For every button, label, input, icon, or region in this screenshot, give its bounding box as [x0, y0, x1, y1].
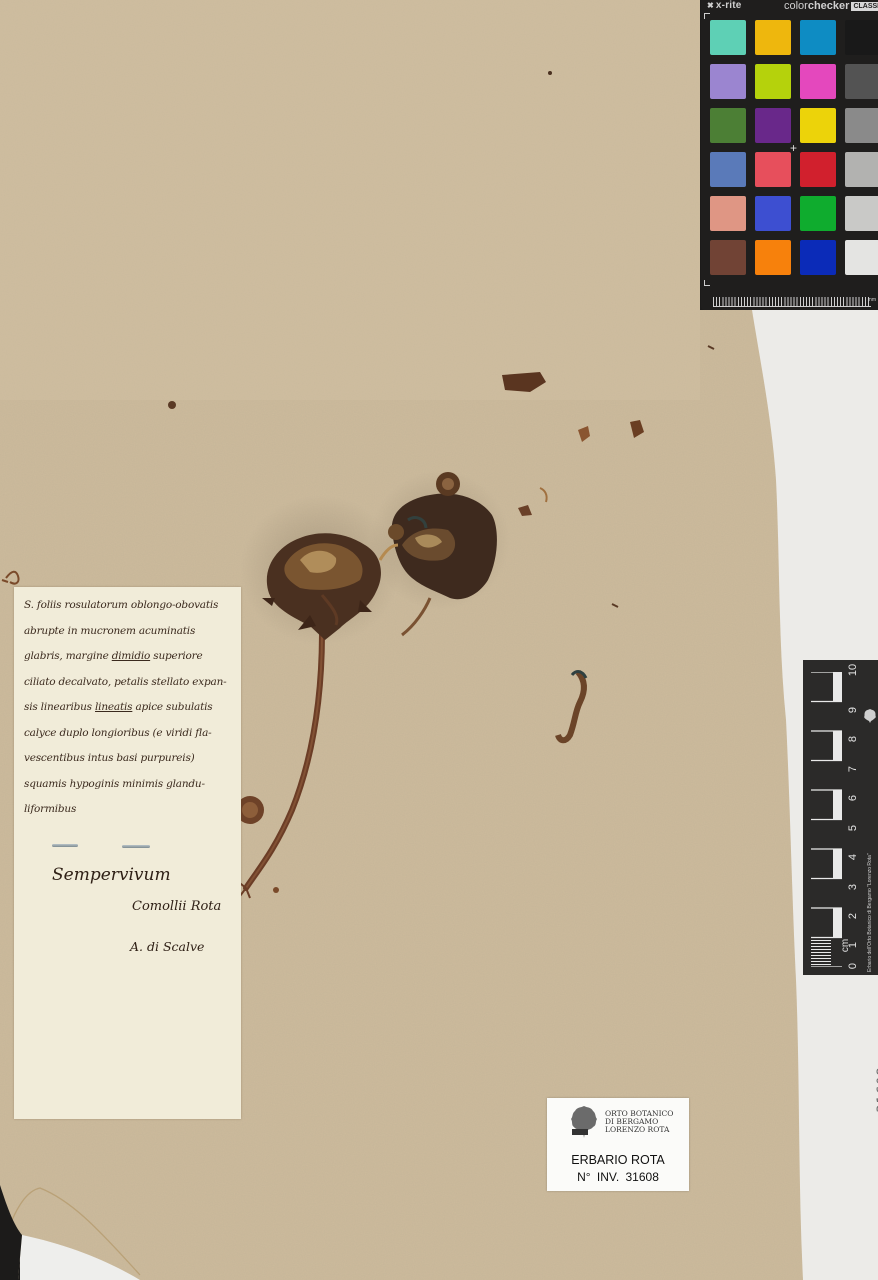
scale-credit-text: Erbario dell'Orto Botanico di Bergamo "L…	[867, 853, 873, 972]
species-name: Sempervivum	[52, 865, 171, 885]
color-patch	[845, 20, 878, 55]
tick-0: 0	[847, 958, 859, 974]
description-line: liformibus	[24, 797, 236, 823]
mm-unit: mm	[868, 297, 876, 303]
color-patch	[710, 240, 746, 275]
description-line: glabris, margine dimidio superiore	[24, 644, 236, 670]
scale-numbers: 10 9 8 7 6 5 4 3 2 1 0	[845, 660, 861, 975]
scale-ruler	[811, 672, 843, 967]
color-patch	[800, 108, 836, 143]
color-patch	[755, 108, 791, 143]
description-line: abrupte in mucronem acuminatis	[24, 619, 236, 645]
institution-name: ORTO BOTANICO DI BERGAMO LORENZO ROTA	[605, 1110, 673, 1135]
description-line: squamis hypoginis minimis glandu-	[24, 772, 236, 798]
corner-mark	[704, 280, 710, 286]
description-line: sis linearibus lineatis apice subulatis	[24, 695, 236, 721]
color-patch	[800, 240, 836, 275]
color-patch	[755, 240, 791, 275]
color-patch	[710, 152, 746, 187]
tick-7: 7	[847, 761, 859, 777]
color-patch	[845, 196, 878, 231]
fragment	[630, 420, 644, 438]
cm-scale-bar: 10 9 8 7 6 5 4 3 2 1 0 cm Erbario dell'O…	[803, 660, 878, 975]
color-patch	[845, 108, 878, 143]
tick-5: 5	[847, 820, 859, 836]
fragment-twig	[558, 672, 584, 740]
color-checker-card: x-rite colorcheckerCLASSIC + mm	[701, 0, 878, 310]
mm-ruler	[713, 297, 871, 307]
color-patch	[800, 64, 836, 99]
handwritten-determination-label: S. foliis rosulatorum oblongo-obovatis a…	[14, 587, 241, 1119]
description-line: ciliato decalvato, petalis stellato expa…	[24, 670, 236, 696]
rosette-right	[380, 472, 497, 635]
color-patch	[710, 64, 746, 99]
tick-3: 3	[847, 879, 859, 895]
fragment	[502, 372, 546, 392]
checker-title: colorcheckerCLASSIC	[784, 0, 878, 12]
color-patch	[755, 152, 791, 187]
color-patch	[845, 240, 878, 275]
institution-label: ORTO BOTANICO DI BERGAMO LORENZO ROTA ER…	[547, 1098, 689, 1191]
species-description: S. foliis rosulatorum oblongo-obovatis a…	[24, 593, 236, 823]
pin-right	[122, 845, 150, 848]
scale-unit: cm	[840, 939, 851, 952]
tick-4: 4	[847, 849, 859, 865]
crosshair-mark: +	[790, 142, 797, 154]
color-patch	[710, 108, 746, 143]
collector-locality: A. di Scalve	[130, 939, 204, 954]
color-patch	[710, 196, 746, 231]
color-patch	[845, 64, 878, 99]
checker-header: x-rite colorcheckerCLASSIC	[705, 0, 878, 12]
color-patch	[755, 20, 791, 55]
oak-leaf-logo-icon	[863, 708, 877, 724]
classic-badge: CLASSIC	[851, 2, 878, 11]
description-line: S. foliis rosulatorum oblongo-obovatis	[24, 593, 236, 619]
color-patch	[710, 20, 746, 55]
collection-name: ERBARIO ROTA	[547, 1153, 689, 1167]
pin-left	[52, 844, 78, 847]
tick-10: 10	[847, 662, 859, 678]
species-author: Comollii Rota	[132, 899, 221, 914]
color-patch	[800, 152, 836, 187]
tick-2: 2	[847, 908, 859, 924]
tick-8: 8	[847, 731, 859, 747]
fragment	[578, 426, 590, 442]
description-line: vescentibus intus basi purpureis)	[24, 746, 236, 772]
tick-6: 6	[847, 790, 859, 806]
xrite-brand: x-rite	[707, 0, 742, 12]
color-patch	[755, 64, 791, 99]
corner-mark	[704, 13, 710, 19]
specimen-stem	[246, 632, 322, 888]
color-patch	[845, 152, 878, 187]
rosette-left	[262, 533, 381, 640]
color-patch	[800, 20, 836, 55]
color-patch	[755, 196, 791, 231]
color-patch	[800, 196, 836, 231]
oak-leaf-logo-icon	[569, 1104, 599, 1140]
inventory-number: N° INV. 31608	[547, 1170, 689, 1184]
description-line: calyce duplo longioribus (e viridi fla-	[24, 721, 236, 747]
tick-9: 9	[847, 702, 859, 718]
